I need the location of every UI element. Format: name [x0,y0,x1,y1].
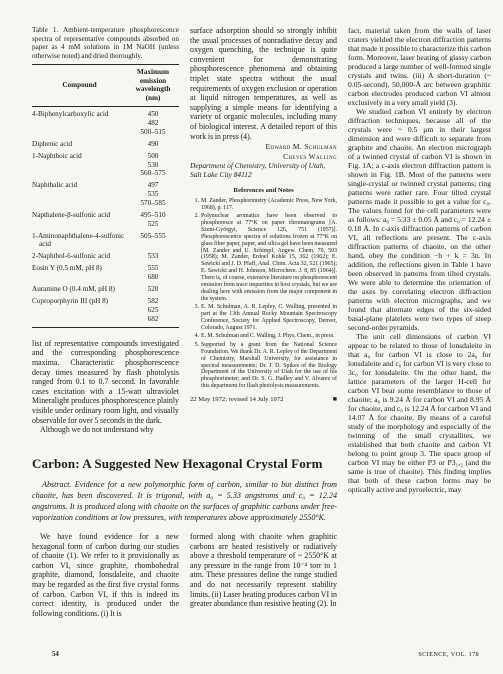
wavelength-values: 582 625 682 [127,297,179,323]
reference-text: Polynuclear aromatics have been observed… [201,213,337,303]
table1: Compound Maximum emission wavelength (nm… [32,64,179,328]
article2-column-1: We have found evidence for a new hexagon… [32,532,179,622]
page-number: 54 [52,651,59,658]
reference-number: 5. [190,342,201,390]
article1-paragraph: list of representative compounds investi… [32,339,179,425]
wavelength-values: 520 [127,285,179,294]
wavelength-values: 450 482 500–515 [127,110,179,136]
table-row: Coproporphyrin III (pH 8) 582 625 682 [32,297,179,323]
article2-header: Carbon: A Suggested New Hexagonal Crysta… [32,456,337,523]
reference-item: 3. E. M. Schulman, A. R. Lepley, C. Wall… [190,304,337,332]
article2-paragraph: formed along with chaoite when graphitic… [190,532,337,609]
wavelength-values: 495–510 525 [127,211,179,229]
author-name: Cheves Walling [190,152,337,161]
compound-name: Eosin Y (0.5 mM, pH 8) [32,264,127,273]
wavelength-values: 505–555 [127,232,179,241]
reference-item: 1. M. Zander, Phosphorimetry (Academic P… [190,198,337,212]
table-row: Diphenic acid 490 [32,140,179,149]
reference-item: 5. Supported by a grant from the Nationa… [190,342,337,390]
article1-paragraph: surface adsorption should so strongly in… [190,26,337,141]
dateline-row: 22 May 1972; revised 14 July 1972 ■ [190,396,337,403]
reference-number: 1. [190,198,201,212]
reference-number: 2. [190,213,201,303]
journal-page: Table 1. Ambient-temperature phosphoresc… [0,0,503,674]
article2-column-2: formed along with chaoite when graphitic… [190,532,337,622]
article2-paragraph: fact, material taken from the walls of l… [348,26,491,107]
reference-text: Supported by a grant from the National S… [201,342,337,390]
table-row: 1-Naphthoic acid 500 530 560–575 [32,152,179,178]
author-name: Edward M. Schulman [190,142,337,151]
article1-paragraph: Although we do not understand why [32,425,179,435]
table-row: 1-Aminonaphthalene-4-sulfonic acid 505–5… [32,232,179,250]
author-affiliation: Department of Chemistry, University of U… [190,162,337,180]
table1-header-wavelength: Maximum emission wavelength (nm) [127,68,179,103]
article1-column-1: Table 1. Ambient-temperature phosphoresc… [32,26,179,446]
compound-name: 2-Naphthol-6-sulfonic acid [32,252,127,261]
table-row: 2-Naphthol-6-sulfonic acid 533 [32,252,179,261]
article2-body-columns: We have found evidence for a new hexagon… [32,532,337,622]
article2-paragraph: We have found evidence for a new hexagon… [32,532,179,618]
table1-caption: Table 1. Ambient-temperature phosphoresc… [32,26,179,61]
wavelength-values: 490 [127,140,179,149]
compound-name: Diphenic acid [32,140,127,149]
article1-column-2: surface adsorption should so strongly in… [190,26,337,446]
references-list: 1. M. Zander, Phosphorimetry (Academic P… [190,198,337,390]
article2-column-3: fact, material taken from the walls of l… [348,26,491,626]
article2-paragraph: We studied carbon VI entirely by electro… [348,107,491,332]
wavelength-values: 500 530 560–575 [127,152,179,178]
compound-name: 1-Naphthoic acid [32,152,127,161]
table-row: Auramine O (0.4 mM, pH 8) 520 [32,285,179,294]
table1-header-compound: Compound [32,81,127,90]
wavelength-values: 497 535 570–585 [127,181,179,207]
reference-text: E. M. Schulman, A. R. Lepley, C. Walling… [201,304,337,332]
compound-name: 1-Aminonaphthalene-4-sulfonic acid [32,232,127,250]
compound-name: Coproporphyrin III (pH 8) [32,297,127,306]
table-row: Eosin Y (0.5 mM, pH 8) 555 680 [32,264,179,282]
reference-text: M. Zander, Phosphorimetry (Academic Pres… [201,198,337,212]
journal-volume-label: SCIENCE, VOL. 178 [418,651,479,658]
compound-name: Napthalene-β-sulfonic acid [32,211,127,220]
table-row: 4-Biphenylcarboxylic acid 450 482 500–51… [32,110,179,136]
wavelength-values: 555 680 [127,264,179,282]
article2-abstract: Abstract. Evidence for a new polymorphic… [32,479,337,523]
table1-header-row: Compound Maximum emission wavelength (nm… [32,65,179,107]
article1-section: Table 1. Ambient-temperature phosphoresc… [32,26,337,446]
compound-name: 4-Biphenylcarboxylic acid [32,110,127,119]
page-content: Table 1. Ambient-temperature phosphoresc… [32,26,480,626]
wavelength-values: 533 [127,252,179,261]
reference-number: 4. [190,333,201,340]
table-row: Naphthalic acid 497 535 570–585 [32,181,179,207]
received-revised-dates: 22 May 1972; revised 14 July 1972 [190,396,283,403]
compound-name: Auramine O (0.4 mM, pH 8) [32,285,127,294]
article2-title: Carbon: A Suggested New Hexagonal Crysta… [32,456,337,471]
table-row: Napthalene-β-sulfonic acid 495–510 525 [32,211,179,229]
reference-item: 2. Polynuclear aromatics have been obser… [190,213,337,303]
reference-item: 4. E. M. Schulman and C. Walling, J. Phy… [190,333,337,340]
reference-text: E. M. Schulman and C. Walling, J. Phys. … [201,333,337,340]
article2-paragraph: The unit cell dimensions of carbon VI ap… [348,332,491,494]
compound-name: Naphthalic acid [32,181,127,190]
reference-number: 3. [190,304,201,332]
end-of-article-square-icon: ■ [333,396,337,403]
references-heading: References and Notes [190,187,337,194]
left-two-column-area: Table 1. Ambient-temperature phosphoresc… [32,26,337,626]
